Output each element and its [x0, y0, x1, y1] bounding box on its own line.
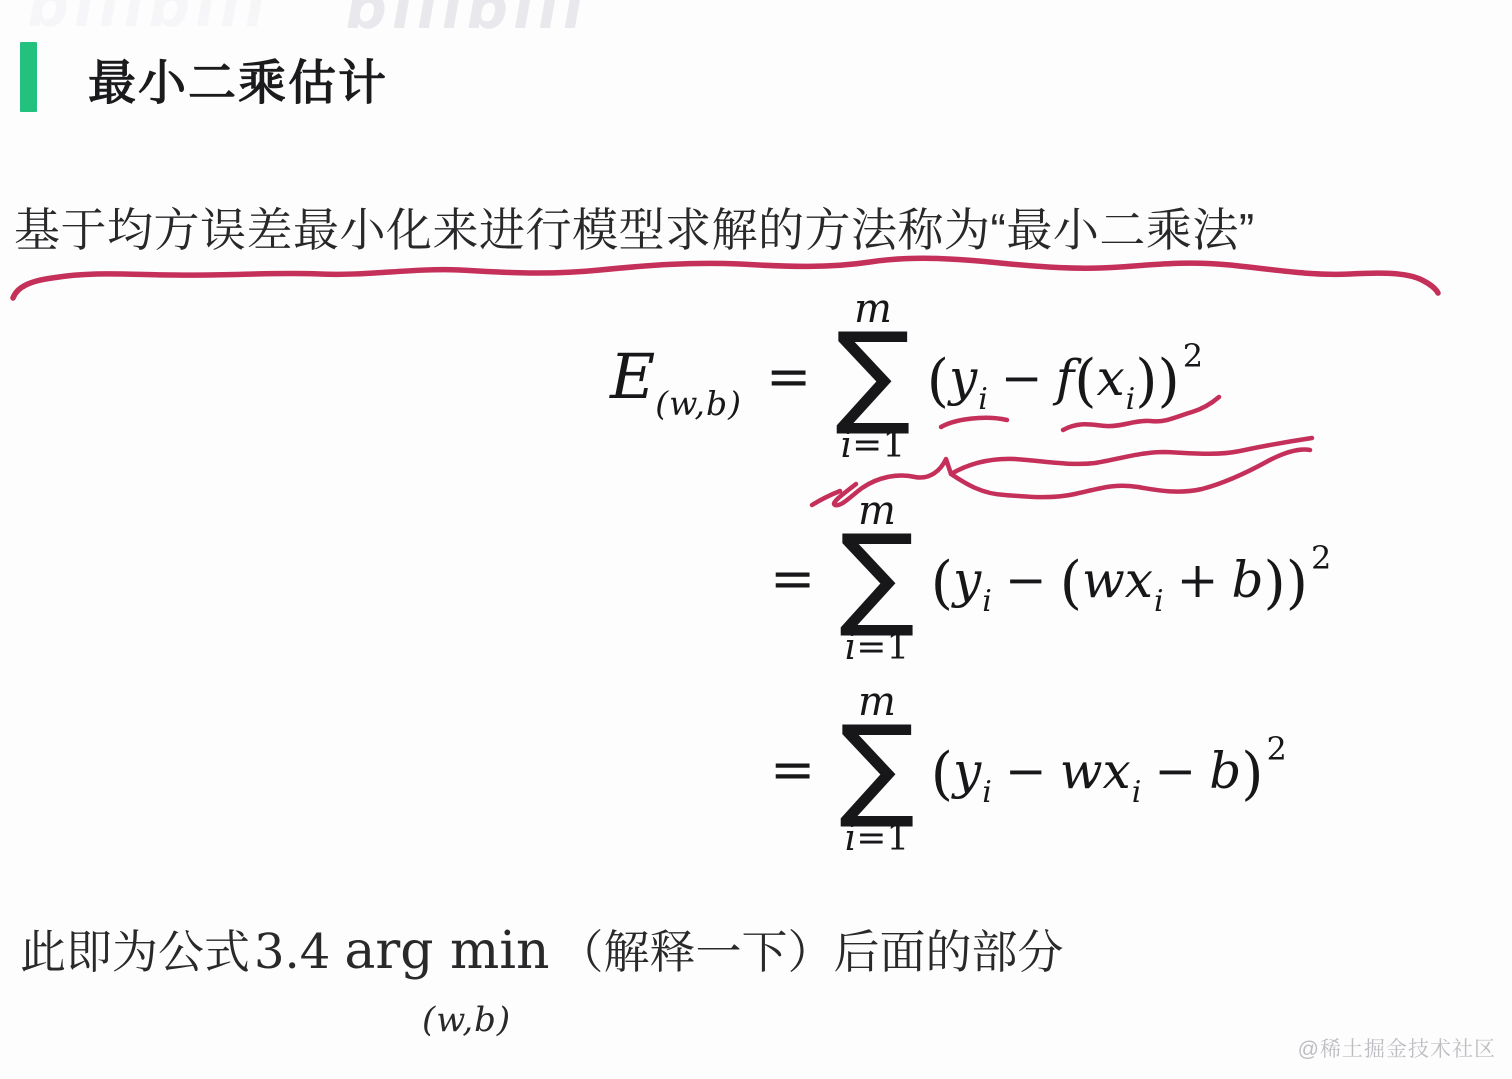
footer-suffix: 后面的部分 [833, 926, 1063, 978]
equals-sign: = [770, 738, 815, 801]
footer-paren-note: （解释一下） [557, 926, 833, 978]
summation-symbol: m ∑ i=1 [839, 682, 914, 857]
summation-symbol: m ∑ i=1 [839, 491, 914, 666]
formula-line-3: = m ∑ i=1 (yi−wxi−b)2 [770, 682, 1287, 857]
equation-number: 3.4 [254, 924, 330, 980]
page-title: 最小二乘估计 [88, 44, 388, 113]
footer-prefix: 此即为公式 [20, 926, 250, 978]
formula-1-expression: (yi−f(xi))2 [927, 337, 1203, 417]
equals-sign: = [766, 345, 811, 408]
equals-sign: = [770, 547, 815, 610]
footer-note: 此即为公式3.4arg min（解释一下）后面的部分 [20, 916, 1063, 982]
summation-symbol: m ∑ i=1 [835, 289, 910, 464]
formula-2-expression: (yi−(wxi+b))2 [931, 539, 1332, 619]
bilibili-watermark-ghost: bilibili [22, 0, 276, 40]
argmin-operator: arg min [344, 921, 549, 981]
title-accent-bar [20, 42, 37, 112]
formula-3-expression: (yi−wxi−b)2 [931, 730, 1287, 810]
argmin-subscript: (w,b) [422, 1000, 511, 1040]
lecture-slide: bilibili bilibili 最小二乘估计 基于均方误差最小化来进行模型求… [0, 0, 1512, 1079]
formula-line-2: = m ∑ i=1 (yi−(wxi+b))2 [770, 491, 1331, 666]
intro-sentence: 基于均方误差最小化来进行模型求解的方法称为“最小二乘法” [14, 194, 1255, 260]
formula-line-1: E(w,b) = m ∑ i=1 (yi−f(xi))2 [610, 289, 1203, 464]
bilibili-watermark: bilibili [340, 0, 594, 42]
juejin-watermark: @稀土掘金技术社区 [1298, 1033, 1496, 1063]
error-function-symbol: E(w,b) [610, 340, 742, 413]
